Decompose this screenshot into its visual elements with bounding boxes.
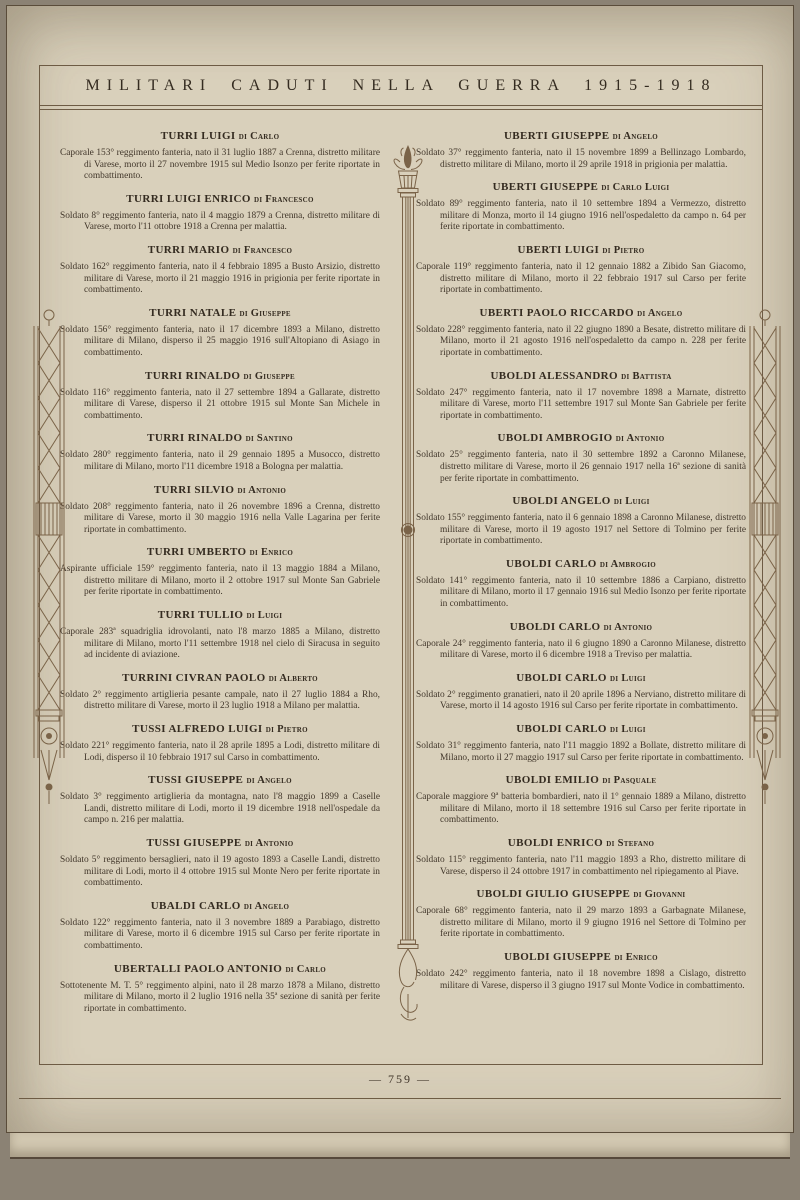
paper-sheet: MILITARI CADUTI NELLA GUERRA 1915-1918 T… bbox=[6, 5, 794, 1133]
entry-title: UBERTI LUIGI di Pietro bbox=[416, 244, 746, 257]
entry-title: TURRI TULLIO di Luigi bbox=[60, 609, 380, 622]
entry-record-text: Soldato 228° reggimento fanteria, nato i… bbox=[416, 325, 746, 360]
entry-record-text: Soldato 3° reggimento artiglieria da mon… bbox=[60, 792, 380, 827]
entry-father-name: di Carlo bbox=[285, 964, 326, 975]
entry-title: UBOLDI CARLO di Antonio bbox=[416, 621, 746, 634]
casualty-entry: TURRI TULLIO di LuigiCaporale 283ª squad… bbox=[60, 609, 380, 662]
entry-father-name: di Enrico bbox=[614, 952, 657, 963]
entry-soldier-name: TUSSI ALFREDO LUIGI bbox=[132, 723, 262, 735]
entry-title: TUSSI GIUSEPPE di Antonio bbox=[60, 837, 380, 850]
entry-title: UBERTI GIUSEPPE di Angelo bbox=[416, 130, 746, 143]
casualty-entry: TURRI UMBERTO di EnricoAspirante ufficia… bbox=[60, 546, 380, 599]
entry-father-name: di Santino bbox=[246, 433, 293, 444]
entry-record-text: Soldato 5° reggimento bersaglieri, nato … bbox=[60, 855, 380, 890]
entry-father-name: di Battista bbox=[621, 371, 671, 382]
entry-soldier-name: TURRI RINALDO bbox=[145, 370, 240, 382]
entry-soldier-name: UBALDI CARLO bbox=[151, 900, 241, 912]
casualty-entry: TURRINI CIVRAN PAOLO di AlbertoSoldato 2… bbox=[60, 672, 380, 713]
entry-soldier-name: TURRI MARIO bbox=[148, 244, 230, 256]
entry-record-text: Aspirante ufficiale 159° reggimento fant… bbox=[60, 564, 380, 599]
casualty-entry: UBOLDI CARLO di LuigiSoldato 31° reggime… bbox=[416, 723, 746, 764]
entry-title: UBOLDI CARLO di Ambrogio bbox=[416, 558, 746, 571]
entry-title: UBALDI CARLO di Angelo bbox=[60, 900, 380, 913]
entry-title: TUSSI GIUSEPPE di Angelo bbox=[60, 774, 380, 787]
entry-soldier-name: TURRI NATALE bbox=[149, 307, 236, 319]
entry-record-text: Soldato 242° reggimento fanteria, nato i… bbox=[416, 969, 746, 992]
entry-soldier-name: UBOLDI CARLO bbox=[510, 621, 601, 633]
entry-title: UBOLDI EMILIO di Pasquale bbox=[416, 774, 746, 787]
entry-soldier-name: UBERTI GIUSEPPE bbox=[493, 181, 599, 193]
entry-father-name: di Alberto bbox=[269, 673, 318, 684]
entry-record-text: Caporale 68° reggimento fanteria, nato i… bbox=[416, 906, 746, 941]
entry-record-text: Soldato 31° reggimento fanteria, nato l'… bbox=[416, 741, 746, 764]
casualty-entry: UBOLDI ALESSANDRO di BattistaSoldato 247… bbox=[416, 370, 746, 423]
entry-father-name: di Luigi bbox=[610, 673, 646, 684]
entry-soldier-name: TUSSI GIUSEPPE bbox=[146, 837, 241, 849]
entry-title: UBERTALLI PAOLO ANTONIO di Carlo bbox=[60, 963, 380, 976]
entry-title: TUSSI ALFREDO LUIGI di Pietro bbox=[60, 723, 380, 736]
entry-father-name: di Francesco bbox=[254, 194, 314, 205]
entry-record-text: Soldato 89° reggimento fanteria, nato il… bbox=[416, 199, 746, 234]
entry-title: UBOLDI CARLO di Luigi bbox=[416, 723, 746, 736]
entry-title: TURRI NATALE di Giuseppe bbox=[60, 307, 380, 320]
entry-record-text: Soldato 221° reggimento fanteria, nato i… bbox=[60, 741, 380, 764]
entry-father-name: di Ambrogio bbox=[600, 559, 656, 570]
casualty-entry: UBOLDI GIULIO GIUSEPPE di GiovanniCapora… bbox=[416, 888, 746, 941]
entry-father-name: di Carlo bbox=[239, 131, 280, 142]
entry-soldier-name: TURRI LUIGI ENRICO bbox=[126, 193, 251, 205]
entry-record-text: Soldato 25° reggimento fanteria, nato il… bbox=[416, 450, 746, 485]
casualty-entry: TURRI NATALE di GiuseppeSoldato 156° reg… bbox=[60, 307, 380, 360]
scanned-book-page: MILITARI CADUTI NELLA GUERRA 1915-1918 T… bbox=[0, 0, 800, 1200]
casualty-entry: TURRI LUIGI ENRICO di FrancescoSoldato 8… bbox=[60, 193, 380, 234]
entry-record-text: Soldato 156° reggimento fanteria, nato i… bbox=[60, 325, 380, 360]
entry-father-name: di Antonio bbox=[245, 838, 294, 849]
entry-soldier-name: UBOLDI ENRICO bbox=[508, 837, 603, 849]
entry-soldier-name: TURRINI CIVRAN PAOLO bbox=[122, 672, 265, 684]
casualty-entry: UBALDI CARLO di AngeloSoldato 122° reggi… bbox=[60, 900, 380, 953]
page-title: MILITARI CADUTI NELLA GUERRA 1915-1918 bbox=[86, 77, 717, 95]
casualty-entry: UBOLDI CARLO di AmbrogioSoldato 141° reg… bbox=[416, 558, 746, 611]
casualty-entry: UBOLDI CARLO di LuigiSoldato 2° reggimen… bbox=[416, 672, 746, 713]
right-column: UBERTI GIUSEPPE di AngeloSoldato 37° reg… bbox=[416, 130, 746, 1025]
casualty-entry: UBERTI GIUSEPPE di AngeloSoldato 37° reg… bbox=[416, 130, 746, 171]
entry-father-name: di Giuseppe bbox=[244, 371, 295, 382]
casualty-entry: UBERTI LUIGI di PietroCaporale 119° regg… bbox=[416, 244, 746, 297]
left-column: TURRI LUIGI di CarloCaporale 153° reggim… bbox=[60, 130, 380, 1025]
entry-record-text: Caporale maggiore 9ª batteria bombardier… bbox=[416, 792, 746, 827]
casualty-entry: UBOLDI AMBROGIO di AntonioSoldato 25° re… bbox=[416, 432, 746, 485]
entry-father-name: di Francesco bbox=[233, 245, 293, 256]
entry-soldier-name: TURRI LUIGI bbox=[161, 130, 236, 142]
page-frame: MILITARI CADUTI NELLA GUERRA 1915-1918 T… bbox=[39, 65, 763, 1065]
casualty-entry: TUSSI ALFREDO LUIGI di PietroSoldato 221… bbox=[60, 723, 380, 764]
entry-soldier-name: UBOLDI ANGELO bbox=[512, 495, 610, 507]
casualty-entry: TUSSI GIUSEPPE di AntonioSoldato 5° regg… bbox=[60, 837, 380, 890]
underlying-page-edge bbox=[10, 1133, 790, 1159]
entry-record-text: Soldato 2° reggimento artiglieria pesant… bbox=[60, 690, 380, 713]
entry-soldier-name: TURRI SILVIO bbox=[154, 484, 235, 496]
casualty-entry: TURRI SILVIO di AntonioSoldato 208° regg… bbox=[60, 484, 380, 537]
entry-title: TURRI RINALDO di Santino bbox=[60, 432, 380, 445]
casualty-entry: UBOLDI ANGELO di LuigiSoldato 155° reggi… bbox=[416, 495, 746, 548]
entry-title: TURRI RINALDO di Giuseppe bbox=[60, 370, 380, 383]
entry-title: TURRI LUIGI di Carlo bbox=[60, 130, 380, 143]
entry-record-text: Soldato 141° reggimento fanteria, nato i… bbox=[416, 576, 746, 611]
entry-title: TURRI LUIGI ENRICO di Francesco bbox=[60, 193, 380, 206]
entry-title: UBERTI PAOLO RICCARDO di Angelo bbox=[416, 307, 746, 320]
entry-title: TURRI SILVIO di Antonio bbox=[60, 484, 380, 497]
entry-father-name: di Luigi bbox=[246, 610, 282, 621]
casualty-entry: UBOLDI CARLO di AntonioCaporale 24° regg… bbox=[416, 621, 746, 662]
entry-title: UBOLDI ALESSANDRO di Battista bbox=[416, 370, 746, 383]
entry-record-text: Soldato 280° reggimento fanteria, nato i… bbox=[60, 450, 380, 473]
entry-father-name: di Antonio bbox=[616, 433, 665, 444]
entry-father-name: di Angelo bbox=[244, 901, 289, 912]
entry-father-name: di Luigi bbox=[610, 724, 646, 735]
two-column-content: TURRI LUIGI di CarloCaporale 153° reggim… bbox=[40, 106, 762, 1025]
casualty-entry: TURRI LUIGI di CarloCaporale 153° reggim… bbox=[60, 130, 380, 183]
casualty-entry: TUSSI GIUSEPPE di AngeloSoldato 3° reggi… bbox=[60, 774, 380, 827]
entry-record-text: Caporale 119° reggimento fanteria, nato … bbox=[416, 262, 746, 297]
entry-title: UBOLDI CARLO di Luigi bbox=[416, 672, 746, 685]
entry-record-text: Soldato 247° reggimento fanteria, nato i… bbox=[416, 388, 746, 423]
entry-father-name: di Giuseppe bbox=[239, 308, 290, 319]
entry-record-text: Soldato 155° reggimento fanteria, nato i… bbox=[416, 513, 746, 548]
entry-title: UBOLDI GIULIO GIUSEPPE di Giovanni bbox=[416, 888, 746, 901]
casualty-entry: UBOLDI GIUSEPPE di EnricoSoldato 242° re… bbox=[416, 951, 746, 992]
entry-soldier-name: UBOLDI ALESSANDRO bbox=[490, 370, 618, 382]
entry-title: TURRINI CIVRAN PAOLO di Alberto bbox=[60, 672, 380, 685]
entry-father-name: di Pietro bbox=[602, 245, 644, 256]
entry-father-name: di Stefano bbox=[606, 838, 654, 849]
entry-father-name: di Angelo bbox=[613, 131, 658, 142]
casualty-entry: TURRI MARIO di FrancescoSoldato 162° reg… bbox=[60, 244, 380, 297]
casualty-entry: TURRI RINALDO di GiuseppeSoldato 116° re… bbox=[60, 370, 380, 423]
entry-soldier-name: TURRI UMBERTO bbox=[147, 546, 247, 558]
casualty-entry: UBOLDI ENRICO di StefanoSoldato 115° reg… bbox=[416, 837, 746, 878]
entry-soldier-name: UBOLDI CARLO bbox=[516, 723, 607, 735]
entry-record-text: Soldato 2° reggimento granatieri, nato i… bbox=[416, 690, 746, 713]
entry-title: UBERTI GIUSEPPE di Carlo Luigi bbox=[416, 181, 746, 194]
page-number: — 759 — bbox=[7, 1072, 793, 1087]
entry-record-text: Soldato 208° reggimento fanteria, nato i… bbox=[60, 502, 380, 537]
entry-soldier-name: UBERTI LUIGI bbox=[518, 244, 600, 256]
entry-soldier-name: UBOLDI GIUSEPPE bbox=[504, 951, 611, 963]
entry-record-text: Soldato 122° reggimento fanteria, nato i… bbox=[60, 918, 380, 953]
entry-record-text: Soldato 116° reggimento fanteria, nato i… bbox=[60, 388, 380, 423]
entry-soldier-name: UBOLDI GIULIO GIUSEPPE bbox=[477, 888, 631, 900]
entry-record-text: Soldato 8° reggimento fanteria, nato il … bbox=[60, 211, 380, 234]
entry-record-text: Soldato 115° reggimento fanteria, nato l… bbox=[416, 855, 746, 878]
masthead: MILITARI CADUTI NELLA GUERRA 1915-1918 bbox=[40, 66, 762, 106]
entry-soldier-name: UBOLDI CARLO bbox=[506, 558, 597, 570]
casualty-entry: UBERTI PAOLO RICCARDO di AngeloSoldato 2… bbox=[416, 307, 746, 360]
entry-father-name: di Antonio bbox=[237, 485, 286, 496]
entry-title: UBOLDI ENRICO di Stefano bbox=[416, 837, 746, 850]
entry-soldier-name: UBOLDI CARLO bbox=[516, 672, 607, 684]
entry-father-name: di Antonio bbox=[604, 622, 653, 633]
entry-father-name: di Angelo bbox=[246, 775, 291, 786]
entry-title: UBOLDI GIUSEPPE di Enrico bbox=[416, 951, 746, 964]
entry-father-name: di Enrico bbox=[250, 547, 293, 558]
footer-rule bbox=[19, 1098, 781, 1099]
entry-soldier-name: UBERTALLI PAOLO ANTONIO bbox=[114, 963, 282, 975]
entry-soldier-name: TURRI TULLIO bbox=[158, 609, 244, 621]
center-strip bbox=[380, 130, 416, 1025]
entry-record-text: Sottotenente M. T. 5° reggimento alpini,… bbox=[60, 981, 380, 1016]
entry-record-text: Caporale 24° reggimento fanteria, nato i… bbox=[416, 639, 746, 662]
entry-soldier-name: TUSSI GIUSEPPE bbox=[148, 774, 243, 786]
entry-soldier-name: UBOLDI EMILIO bbox=[506, 774, 600, 786]
entry-father-name: di Pasquale bbox=[602, 775, 656, 786]
entry-father-name: di Luigi bbox=[614, 496, 650, 507]
entry-father-name: di Pietro bbox=[266, 724, 308, 735]
casualty-entry: TURRI RINALDO di SantinoSoldato 280° reg… bbox=[60, 432, 380, 473]
entry-record-text: Soldato 37° reggimento fanteria, nato il… bbox=[416, 148, 746, 171]
entry-father-name: di Angelo bbox=[637, 308, 682, 319]
entry-soldier-name: UBERTI GIUSEPPE bbox=[504, 130, 610, 142]
entry-soldier-name: UBERTI PAOLO RICCARDO bbox=[479, 307, 634, 319]
casualty-entry: UBERTALLI PAOLO ANTONIO di CarloSottoten… bbox=[60, 963, 380, 1016]
entry-father-name: di Carlo Luigi bbox=[601, 182, 669, 193]
casualty-entry: UBOLDI EMILIO di PasqualeCaporale maggio… bbox=[416, 774, 746, 827]
casualty-entry: UBERTI GIUSEPPE di Carlo LuigiSoldato 89… bbox=[416, 181, 746, 234]
entry-soldier-name: TURRI RINALDO bbox=[147, 432, 242, 444]
entry-title: TURRI MARIO di Francesco bbox=[60, 244, 380, 257]
entry-title: UBOLDI ANGELO di Luigi bbox=[416, 495, 746, 508]
entry-title: UBOLDI AMBROGIO di Antonio bbox=[416, 432, 746, 445]
entry-record-text: Soldato 162° reggimento fanteria, nato i… bbox=[60, 262, 380, 297]
entry-record-text: Caporale 153° reggimento fanteria, nato … bbox=[60, 148, 380, 183]
entry-soldier-name: UBOLDI AMBROGIO bbox=[498, 432, 613, 444]
entry-father-name: di Giovanni bbox=[633, 889, 685, 900]
entry-title: TURRI UMBERTO di Enrico bbox=[60, 546, 380, 559]
entry-record-text: Caporale 283ª squadriglia idrovolanti, n… bbox=[60, 627, 380, 662]
